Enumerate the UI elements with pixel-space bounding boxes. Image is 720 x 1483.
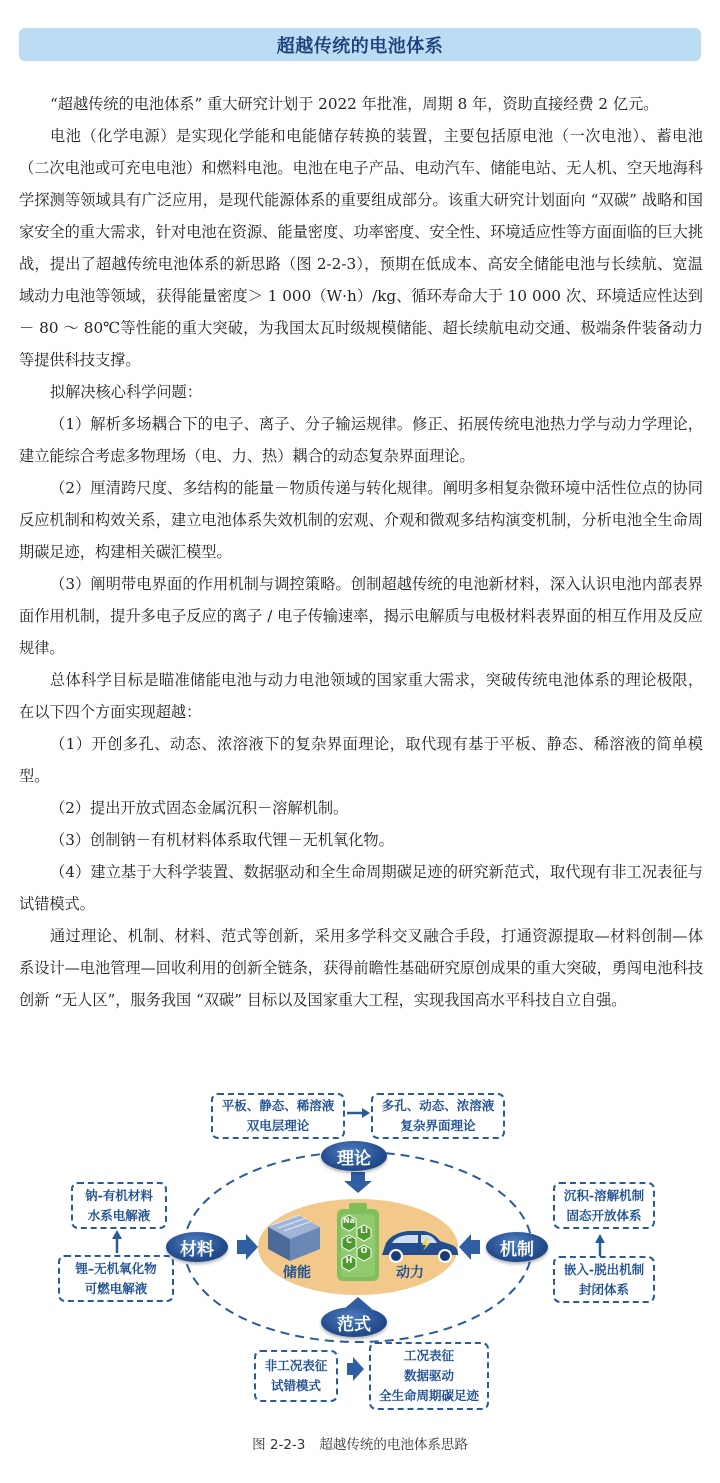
box-lithium-inorganic: 锂–无机氧化物 可燃电解液 — [58, 1255, 174, 1302]
paragraph-intro: “超越传统的电池体系” 重大研究计划于 2022 年批准，周期 8 年，资助直接… — [19, 88, 703, 120]
paragraph-goal-1: （1）开创多孔、动态、浓溶液下的复杂界面理论，取代现有基于平板、静态、稀溶液的简… — [19, 728, 703, 792]
box-deposition-dissolution: 沉积-溶解机制 固态开放体系 — [553, 1182, 655, 1229]
figure-caption: 图 2-2-3超越传统的电池体系思路 — [0, 1433, 720, 1453]
paragraph-question-2: （2）厘清跨尺度、多结构的能量－物质传递与转化规律。阐明多相复杂微环境中活性位点… — [19, 472, 703, 568]
node-theory: 理论 — [321, 1141, 387, 1171]
paragraph-goals-heading: 总体科学目标是瞄准储能电池与动力电池领域的国家重大需求，突破传统电池体系的理论极… — [19, 664, 703, 728]
box-flat-static-dilute: 平板、静态、稀溶液 双电层理论 — [211, 1093, 345, 1139]
paragraph-background: 电池（化学电源）是实现化学能和电能储存转换的装置，主要包括原电池（一次电池）、蓄… — [19, 120, 703, 376]
paragraph-question-3: （3）阐明带电界面的作用机制与调控策略。创制超越传统的电池新材料，深入认识电池内… — [19, 568, 703, 664]
node-paradigm: 范式 — [321, 1307, 387, 1337]
box-operando-data-driven: 工况表征 数据驱动 全生命周期碳足迹 — [369, 1342, 489, 1410]
label-power: 动力 — [396, 1262, 424, 1282]
figure-title: 超越传统的电池体系思路 — [319, 1437, 468, 1453]
element-li: Li — [357, 1226, 371, 1235]
box-non-operando: 非工况表征 试错模式 — [254, 1350, 338, 1402]
paragraph-goal-4: （4）建立基于大科学装置、数据驱动和全生命周期碳足迹的研究新范式，取代现有非工况… — [19, 856, 703, 920]
figure-number: 图 2-2-3 — [252, 1437, 305, 1453]
paragraph-conclusion: 通过理论、机制、材料、范式等创新，采用多学科交叉融合手段，打通资源提取—材料创制… — [19, 920, 703, 1016]
section-title-bar: 超越传统的电池体系 — [19, 28, 701, 61]
paragraph-question-1: （1）解析多场耦合下的电子、离子、分子输运规律。修正、拓展传统电池热力学与动力学… — [19, 408, 703, 472]
element-h: H — [342, 1256, 356, 1265]
section-title: 超越传统的电池体系 — [277, 32, 444, 58]
element-na: Na — [342, 1216, 356, 1225]
paragraph-questions-heading: 拟解决核心科学问题： — [19, 376, 703, 408]
paragraph-goal-3: （3）创制钠－有机材料体系取代锂－无机氧化物。 — [19, 824, 703, 856]
element-c: C — [342, 1236, 356, 1245]
label-storage: 储能 — [283, 1262, 311, 1282]
paragraph-goal-2: （2）提出开放式固态金属沉积－溶解机制。 — [19, 792, 703, 824]
box-intercalation: 嵌入-脱出机制 封闭体系 — [553, 1256, 655, 1303]
box-sodium-organic: 钠-有机材料 水系电解液 — [71, 1182, 167, 1229]
box-porous-dynamic-concentrated: 多孔、动态、浓溶液 复杂界面理论 — [371, 1093, 505, 1139]
article-body: “超越传统的电池体系” 重大研究计划于 2022 年批准，周期 8 年，资助直接… — [19, 88, 703, 1016]
node-material: 材料 — [166, 1232, 228, 1262]
element-o: O — [357, 1246, 371, 1255]
battery-system-diagram: Na Li C O H 储能 动力 平板、静态、稀溶液 双电层理论 多孔、动态、… — [0, 1085, 720, 1425]
node-mechanism: 机制 — [486, 1232, 548, 1262]
